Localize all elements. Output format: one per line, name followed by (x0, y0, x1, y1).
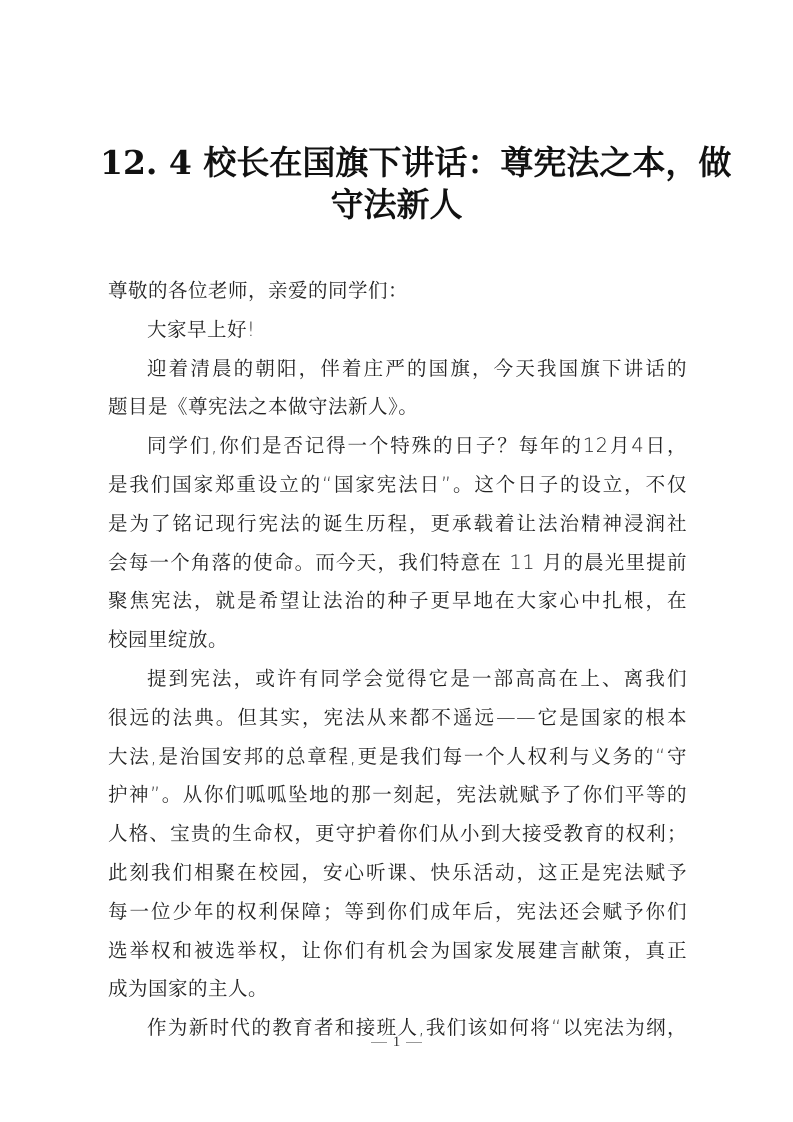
text-line: 迎着清晨的朝阳，伴着庄严的国旗，今天我国旗下讲话的 (108, 350, 687, 389)
text-line: 同学们,你们是否记得一个特殊的日子？每年的12月4日， (108, 427, 687, 466)
text-line: 很远的法典。但其实，宪法从来都不遥远——它是国家的根本 (108, 699, 687, 738)
footer-dash-left (371, 1042, 387, 1043)
text-line: 校园里绽放。 (108, 621, 687, 660)
text-line: 成为国家的主人。 (108, 970, 687, 1009)
text-line: 是为了铭记现行宪法的诞生历程，更承载着让法治精神浸润社 (108, 505, 687, 544)
page-number: 1 (393, 1034, 401, 1050)
text-line: 选举权和被选举权，让你们有机会为国家发展建言献策，真正 (108, 932, 687, 971)
document-body: 尊敬的各位老师，亲爱的同学们：大家早上好!迎着清晨的朝阳，伴着庄严的国旗，今天我… (108, 272, 687, 1048)
text-line: 提到宪法，或许有同学会觉得它是一部高高在上、离我们 (108, 660, 687, 699)
title-line-2: 守法新人 (100, 184, 693, 226)
text-line: 聚焦宪法，就是希望让法治的种子更早地在大家心中扎根，在 (108, 582, 687, 621)
text-line: 此刻我们相聚在校园，安心听课、快乐活动，这正是宪法赋予 (108, 854, 687, 893)
text-line: 大法,是治国安邦的总章程,更是我们每一个人权利与义务的“守 (108, 738, 687, 777)
text-line: 会每一个角落的使命。而今天，我们特意在 11 月的晨光里提前 (108, 544, 687, 583)
text-line: 题目是《尊宪法之本做守法新人》。 (108, 388, 687, 427)
text-line: 人格、宝贵的生命权，更守护着你们从小到大接受教育的权利； (108, 815, 687, 854)
text-line: 尊敬的各位老师，亲爱的同学们： (108, 272, 687, 311)
text-line: 是我们国家郑重设立的“国家宪法日”。这个日子的设立，不仅 (108, 466, 687, 505)
title-line-1: 12. 4 校长在国旗下讲话：尊宪法之本，做 (100, 142, 693, 184)
page-footer: 1 (0, 1034, 793, 1051)
footer-dash-right (406, 1042, 422, 1043)
document-title: 12. 4 校长在国旗下讲话：尊宪法之本，做 守法新人 (100, 142, 693, 226)
document-page: 12. 4 校长在国旗下讲话：尊宪法之本，做 守法新人 尊敬的各位老师，亲爱的同… (0, 0, 793, 1122)
text-line: 大家早上好! (108, 311, 687, 350)
text-line: 护神”。从你们呱呱坠地的那一刻起，宪法就赋予了你们平等的 (108, 776, 687, 815)
text-line: 每一位少年的权利保障；等到你们成年后，宪法还会赋予你们 (108, 893, 687, 932)
